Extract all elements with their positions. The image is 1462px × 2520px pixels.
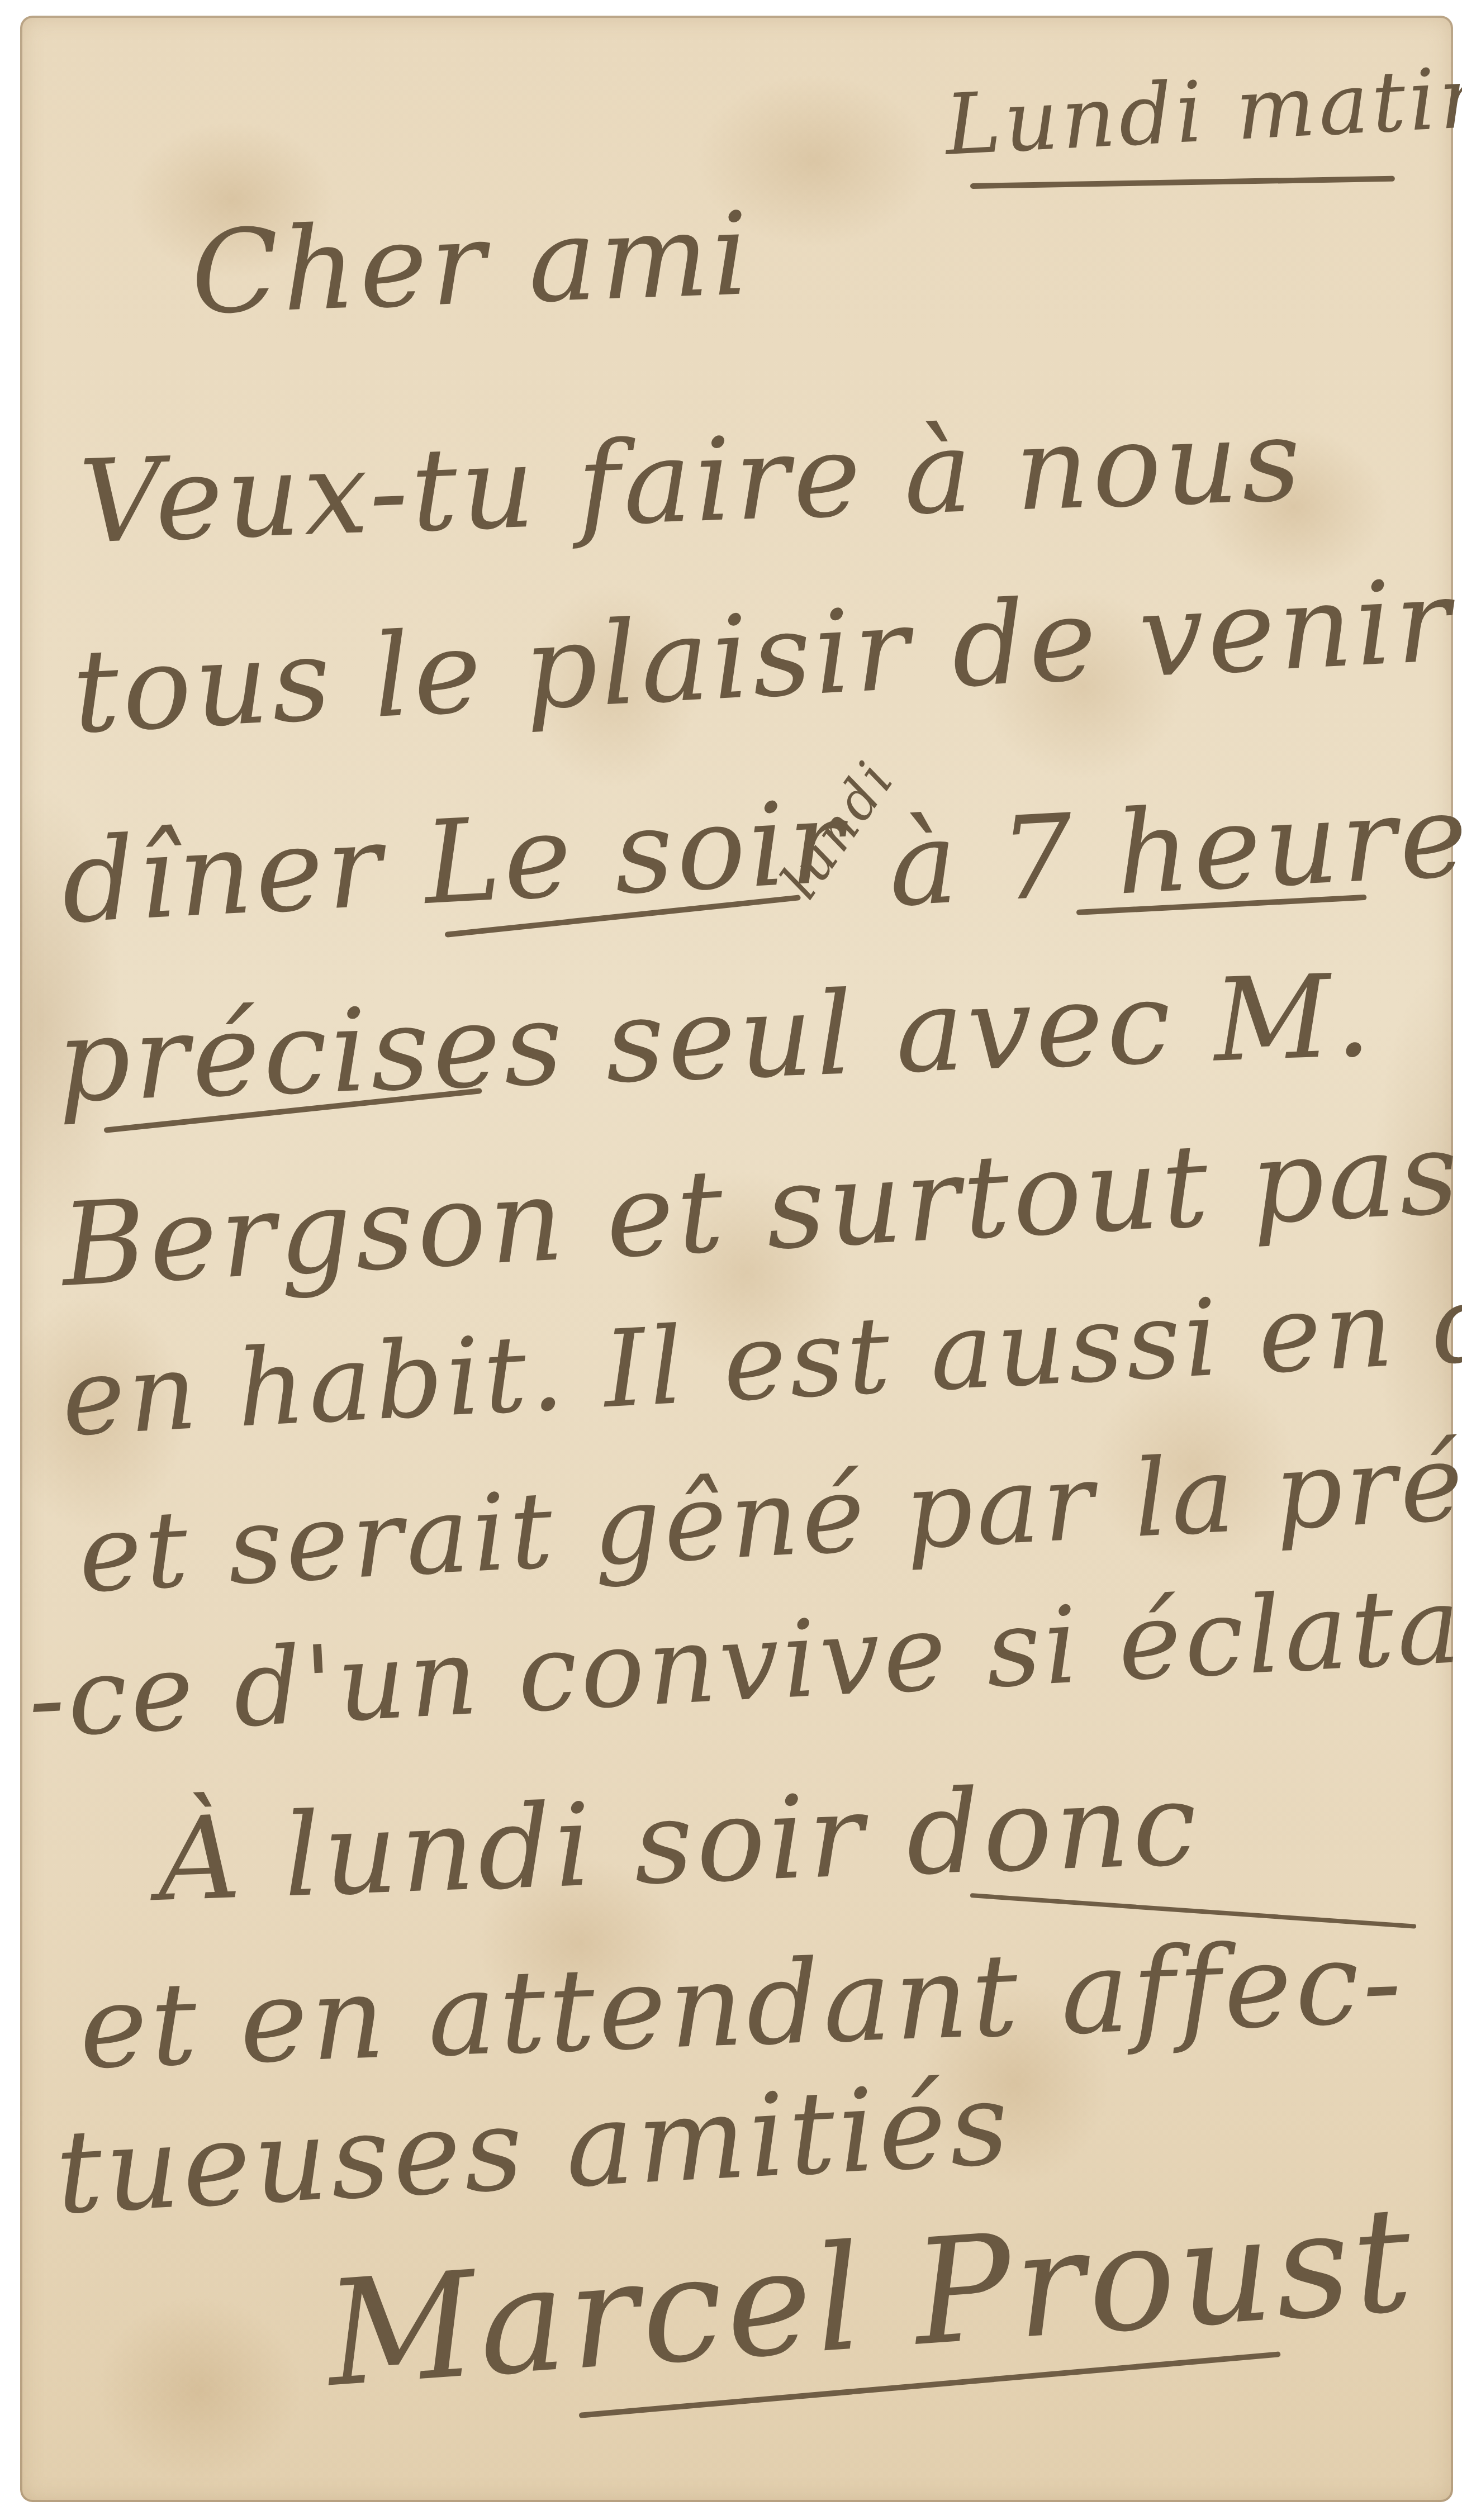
date-header: Lundi matin bbox=[943, 49, 1462, 174]
body-line-9: À lundi soir donc bbox=[156, 1767, 1202, 1918]
salutation: Cher ami bbox=[189, 197, 754, 331]
body-line-4: précises seul avec M. bbox=[55, 959, 1376, 1119]
letter-card: Lundi matin Cher ami Veux-tu faire à nou… bbox=[20, 16, 1453, 2502]
body-line-3-diner-le-soir: dîner Le soir bbox=[59, 785, 849, 940]
date-underline bbox=[970, 176, 1395, 189]
body-line-1: Veux-tu faire à nous bbox=[78, 403, 1306, 560]
body-line-11: tueuses amitiés bbox=[53, 2067, 1014, 2231]
body-line-10: et en attendant affec- bbox=[78, 1925, 1407, 2086]
body-line-3-a-7-heures: à 7 heures bbox=[886, 776, 1462, 924]
body-line-2: tous le plaisir de venir bbox=[70, 564, 1456, 750]
